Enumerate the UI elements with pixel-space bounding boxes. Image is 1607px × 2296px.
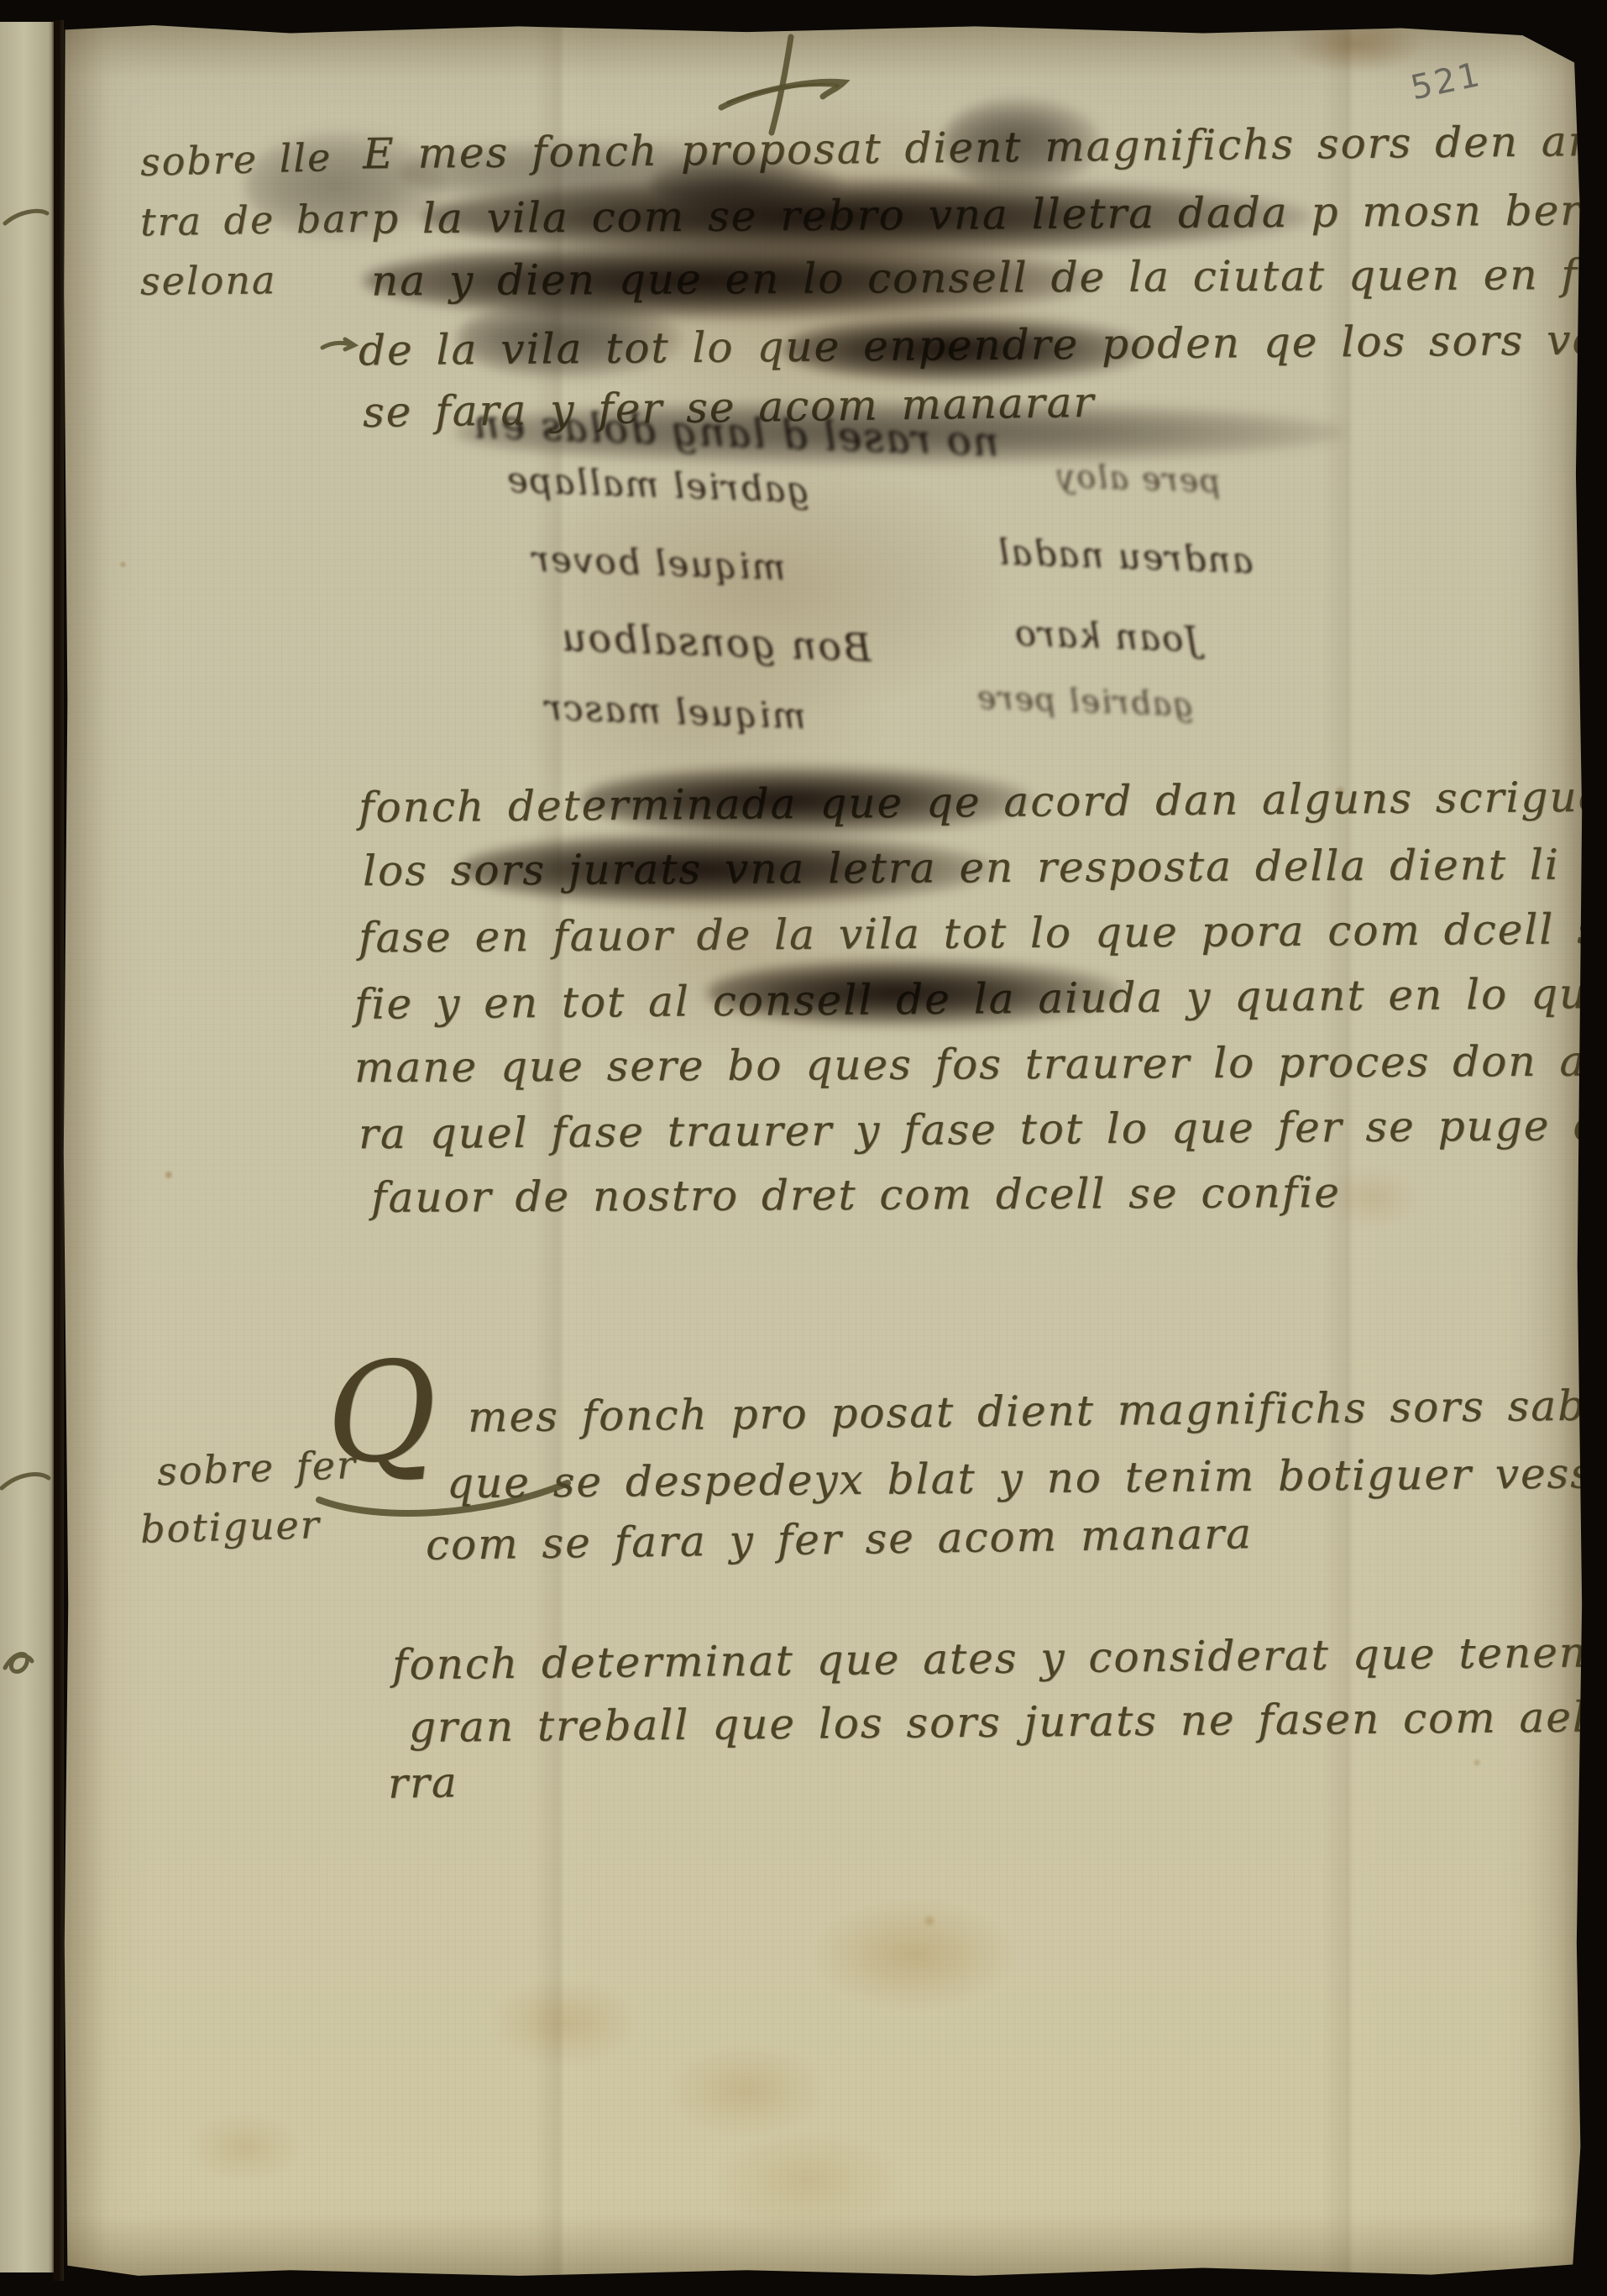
manuscript-scan: 521 sobre lle tra de bar selona no rasel…: [0, 0, 1607, 2296]
ink-blot: [783, 316, 1152, 383]
bleedthrough-name: Joan karo: [1013, 612, 1200, 660]
ink-blot: [457, 299, 683, 379]
ink-blot: [942, 97, 1102, 190]
folio-number: 521: [1407, 55, 1485, 108]
bleedthrough-name: gabriel mallape: [505, 459, 810, 511]
stray-ink-mark: [2, 205, 50, 230]
margin-note-line: selona: [140, 259, 277, 302]
margin-note-line: botiguer: [139, 1503, 321, 1550]
manuscript-page: 521 sobre lle tra de bar selona no rasel…: [62, 22, 1583, 2283]
body-line: fauor de nostro dret com dcell se confie: [371, 1170, 1341, 1221]
ink-blot: [363, 242, 1102, 319]
ink-blot: [245, 131, 447, 240]
bleedthrough-name: miquel mascr: [542, 687, 806, 737]
body-line: mane que sere bo ques fos traurer lo pro…: [354, 1038, 1607, 1092]
invocation-cross-icon: [711, 30, 854, 139]
ink-blot: [459, 832, 997, 906]
body-line: gran treball que los sors jurats ne fase…: [409, 1693, 1607, 1751]
bleedthrough-name: andreu nadal: [996, 532, 1254, 582]
ink-blot: [398, 139, 801, 205]
ink-blot: [707, 958, 1127, 1027]
margin-note-line: sobre fer: [156, 1444, 357, 1493]
body-line: fonch determinat que ates y considerat q…: [392, 1630, 1588, 1689]
bleedthrough-name: miquel bover: [530, 538, 786, 589]
stray-ink-mark: [0, 1468, 52, 1497]
gutter-shadow: [51, 20, 64, 2281]
stray-ink-mark: [0, 1639, 47, 1683]
body-line: com se fara y fer se acom manara: [426, 1511, 1253, 1569]
body-line: mes fonch pro posat dient magnifichs sor…: [468, 1381, 1607, 1440]
body-line: ra quel fase traurer y fase tot lo que f…: [359, 1103, 1607, 1158]
body-line: que se despedeyx blat y no tenim botigue…: [447, 1450, 1607, 1507]
ink-blot: [455, 400, 1345, 465]
body-line: fase en fauor de la vila tot lo que pora…: [359, 905, 1607, 961]
bleedthrough-name: pere aloy: [1055, 458, 1221, 501]
ink-blot: [581, 765, 1034, 836]
facing-page-edge: [0, 22, 54, 2272]
bleedthrough-name: Bon gonsalbou: [559, 615, 872, 671]
insertion-mark: [321, 334, 359, 356]
body-line: rra: [388, 1759, 459, 1806]
bleedthrough-name: gabriel pere: [975, 679, 1194, 723]
